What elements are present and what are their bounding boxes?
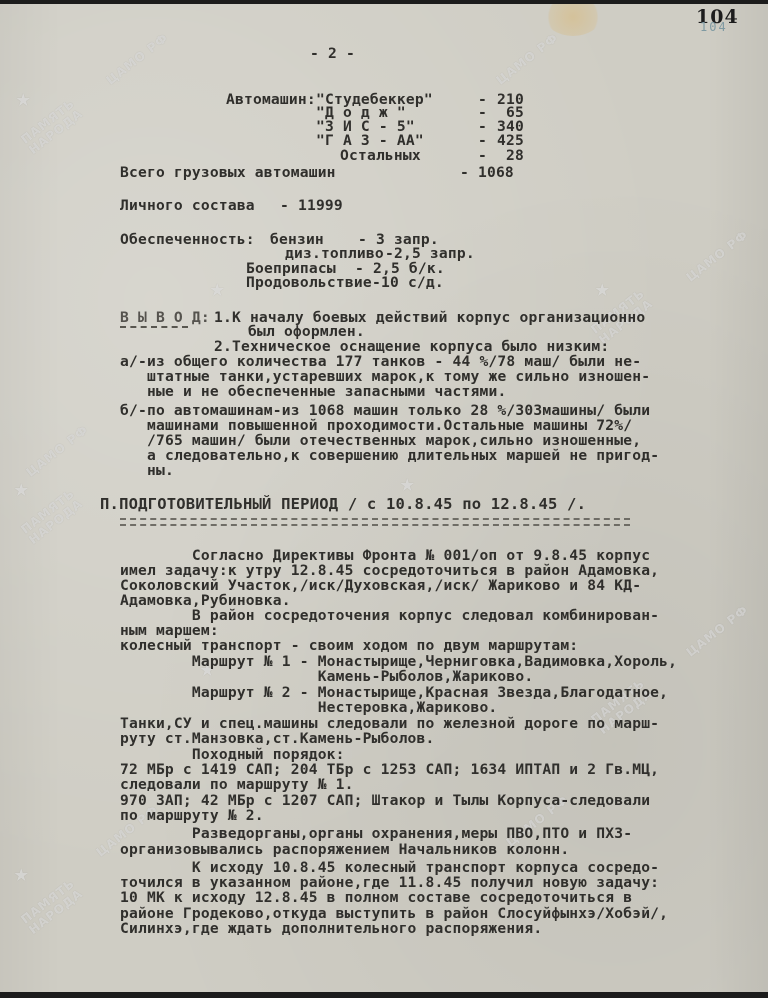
section-title-underline	[120, 518, 630, 526]
section-line: 10 МК к исходу 12.8.45 в полном составе …	[120, 890, 632, 905]
watermark-tsamo: ЦАМО РФ	[684, 603, 751, 660]
section-line: имел задачу:к утру 12.8.45 сосредоточить…	[120, 563, 659, 578]
star-icon: ★	[14, 474, 28, 502]
vehicles-total-label: Всего грузовых автомашин	[120, 165, 336, 180]
watermark-pamyat-naroda: ПАМЯТЬ НАРОДА	[19, 877, 86, 937]
section-line: Силинхэ,где ждать дополнительного распор…	[120, 921, 542, 936]
vehicle-count: 425	[497, 133, 524, 148]
archive-page-number-stamp: 104	[700, 20, 728, 34]
conclusion-line: был оформлен.	[248, 324, 365, 339]
star-icon: ★	[595, 274, 609, 302]
section-line: руту ст.Манзовка,ст.Камень-Рыболов.	[120, 731, 435, 746]
conclusion-line: 2.Техническое оснащение корпуса было низ…	[214, 339, 609, 354]
section-line: по маршруту № 2.	[120, 808, 264, 823]
section-line: В район сосредоточения корпус следовал к…	[120, 608, 659, 623]
section-line: 72 МБр с 1419 САП; 204 ТБр с 1253 САП; 1…	[120, 762, 659, 777]
conclusion-line: ны.	[147, 463, 174, 478]
supply-item-value: -2,5 запр.	[385, 246, 475, 261]
section-line: Танки,СУ и спец.машины следовали по желе…	[120, 716, 659, 731]
document-page: 104 104 ЦАМО РФ ЦАМО РФ ЦАМО РФ ЦАМО РФ …	[0, 4, 768, 992]
supply-item-name: диз.топливо	[285, 246, 384, 261]
section-line: следовали по маршруту № 1.	[120, 777, 354, 792]
section-line: ным маршем:	[120, 623, 219, 638]
vehicle-name: Остальных	[340, 148, 421, 163]
watermark-tsamo: ЦАМО РФ	[494, 31, 561, 88]
section-line: Нестеровка,Жариково.	[120, 700, 497, 715]
vehicle-dash: -	[478, 148, 487, 163]
supply-item-name: Продовольствие	[246, 275, 372, 290]
section-line: Согласно Директивы Фронта № 001/оп от 9.…	[120, 548, 650, 563]
vehicle-count: 28	[506, 148, 524, 163]
section-line: колесный транспорт - своим ходом по двум…	[120, 638, 578, 653]
watermark-pamyat-naroda: ПАМЯТЬ НАРОДА	[19, 97, 86, 157]
section-title: П.ПОДГОТОВИТЕЛЬНЫЙ ПЕРИОД / с 10.8.45 по…	[100, 497, 586, 512]
section-line: организовывались распоряжением Начальник…	[120, 842, 569, 857]
section-line: Адамовка,Рубиновка.	[120, 593, 291, 608]
conclusion-line: б/-по автомашинам-из 1068 машин только 2…	[120, 403, 650, 418]
section-line: Разведорганы,органы охранения,меры ПВО,П…	[120, 826, 632, 841]
vehicle-name: "Г А З - АА"	[316, 133, 424, 148]
section-line: районе Гродеково,откуда выступить в райо…	[120, 906, 668, 921]
heading-underline	[120, 326, 188, 328]
section-line: Походный порядок:	[120, 747, 345, 762]
section-line: 970 ЗАП; 42 МБр с 1207 САП; Штакор и Тыл…	[120, 793, 650, 808]
conclusion-line: а/-из общего количества 177 танков - 44 …	[120, 354, 641, 369]
conclusion-line: а следовательно,к совершению длительных …	[147, 448, 659, 463]
conclusion-line: /765 машин/ были отечественных марок,сил…	[147, 433, 641, 448]
vehicles-total-value: - 1068	[460, 165, 514, 180]
conclusion-line: ные и не обеспеченные запасными частями.	[147, 384, 506, 399]
supply-item-value: -10 с/д.	[372, 275, 444, 290]
watermark-tsamo: ЦАМО РФ	[684, 228, 751, 285]
section-line: К исходу 10.8.45 колесный транспорт корп…	[120, 860, 659, 875]
star-icon: ★	[16, 84, 30, 112]
conclusion-heading: В Ы В О Д:	[120, 310, 210, 325]
section-line: точился в указанном районе,где 11.8.45 п…	[120, 875, 659, 890]
section-line: Соколовский Участок,/иск/Духовская,/иск/…	[120, 578, 641, 593]
section-line: Камень-Рыболов,Жариково.	[120, 669, 533, 684]
star-icon: ★	[210, 274, 224, 302]
personnel-label: Личного состава	[120, 198, 255, 213]
supply-label: Обеспеченность:	[120, 232, 255, 247]
watermark-tsamo: ЦАМО РФ	[104, 31, 171, 88]
section-line: Маршрут № 1 - Монастырище,Черниговка,Вад…	[120, 654, 677, 669]
coffee-stain	[545, 4, 601, 36]
conclusion-line: штатные танки,устаревших марок,к тому же…	[147, 369, 650, 384]
conclusion-line: машинами повышенной проходимости.Остальн…	[147, 418, 632, 433]
watermark-tsamo: ЦАМО РФ	[24, 423, 91, 480]
personnel-value: - 11999	[280, 198, 343, 213]
page-number: - 2 -	[310, 46, 355, 61]
star-icon: ★	[14, 859, 28, 887]
vehicle-dash: -	[478, 133, 487, 148]
star-icon: ★	[400, 469, 414, 497]
vehicles-label: Автомашин:	[226, 92, 316, 107]
watermark-pamyat-naroda: ПАМЯТЬ НАРОДА	[19, 487, 86, 547]
section-line: Маршрут № 2 - Монастырище,Красная Звезда…	[120, 685, 668, 700]
